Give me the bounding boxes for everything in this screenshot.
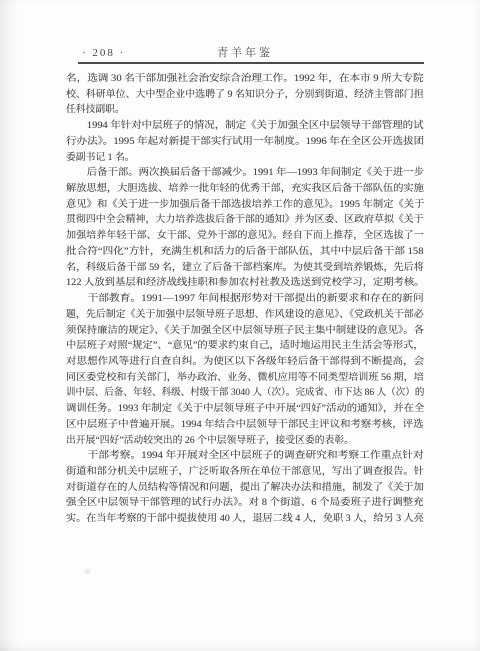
text-line: 同区委党校和有关部门，举办政治、业务、微机应用等不同类型培训班 56 期，培: [66, 370, 424, 386]
text-line: 强全区中层领导干部管理的试行办法》。对 8 个街道、6 个局委班子进行调整充: [66, 495, 424, 511]
text-line: 任科技副职。: [66, 102, 125, 118]
text-line: 出开展“四好”活动较突出的 26 个中层领导班子，接受区委的表彰。: [66, 433, 354, 449]
text-line: 干部教育。1991—1997 年间根据形势对干部提出的新要求和存在的新问: [66, 291, 424, 307]
text-line: 区中层班子中普遍开展。1994 年结合中层领导干部民主评议和考察考核，评选: [66, 417, 424, 433]
header-rule: [78, 62, 424, 64]
text-line: 委副书记 1 名。: [66, 150, 135, 166]
text-line: 解放思想，大胆选拔、培养一批年轻的优秀干部，充实我区后备干部队伍的实施: [66, 181, 424, 197]
text-line: 干部考察。1994 年开展对全区中层班子的调查研究和考察工作重点针对: [66, 448, 424, 464]
text-line: 名，科级后备干部 59 名，建立了后备干部档案库。为使其受到培养锻炼，先后将: [66, 260, 424, 276]
text-line: 题，先后制定《关于加强中层领导班子思想、作风建设的意见》、《党政机关干部必: [66, 307, 424, 323]
text-line: 训中层、后备、年轻、科级、村级干部 3040 人（次）。完成省、市下达 86 人…: [66, 385, 424, 401]
text-line: 校、科研单位、大中型企业中选聘了 9 名知识分子，分别到街道、经济主管部门担: [66, 87, 424, 103]
text-line: 意见》和《关于进一步加强后备干部选拔培养工作的意见》。1995 年制定《关于: [66, 197, 424, 213]
body-text: 名，选调 30 名干部加强社会治安综合治理工作。1992 年，在本市 9 所大专…: [66, 71, 424, 527]
text-line: 名，选调 30 名干部加强社会治安综合治理工作。1992 年，在本市 9 所大专…: [66, 71, 424, 87]
text-line: 街道和部分机关中层班子，广泛听取各所在单位干部意见，写出了调查报告。针: [66, 464, 424, 480]
page-number: · 208 ·: [82, 47, 125, 60]
text-line: 贯彻四中全会精神，大力培养选拔后备干部的通知》并为区委、区政府草拟《关于: [66, 212, 424, 228]
text-line: 加强培养年轻干部、女干部、党外干部的意见》。经自下而上推荐，全区选拔了一: [66, 228, 424, 244]
text-line: 须保持廉洁的规定》、《关于加强全区中层领导班子民主集中制建设的意见》。各: [66, 323, 424, 339]
text-line: 中层班子对照“规定”、“意见”的要求约束自己，适时地运用民主生活会等形式，: [66, 338, 424, 354]
text-line: 对街道存在的人员结构等情况和问题，提出了解决办法和措施，制发了《关于加: [66, 480, 424, 496]
text-line: 实。在当年考察的干部中提拔使用 40 人，退居二线 4 人，免职 3 人，给另 …: [66, 511, 424, 527]
text-line: 调训任务。1993 年制定《关于中层领导班子中开展“四好”活动的通知》，并在全: [66, 401, 424, 417]
text-line: 后备干部。两次换届后备干部减少。1991 年—1993 年间制定《关于进一步: [66, 165, 424, 181]
text-line: 对思想作风等进行自查自纠。为使区以下各级年轻后备干部得到不断提高，会: [66, 354, 424, 370]
text-line: 1994 年针对中层班子的情况，制定《关于加强全区中层领导干部管理的试: [66, 118, 424, 134]
text-line: 122 人放到基层和经济战线挂职和参加农村社教及选送到党校学习，定期考核。: [66, 275, 424, 291]
scan-smudge: [84, 569, 91, 574]
text-line: 行办法》。1995 年起对新提干部实行试用一年制度。1996 年在全区公开选拔团: [66, 134, 424, 150]
text-line: 批合符“四化”方针，充满生机和活力的后备干部队伍，其中中层后备干部 158: [66, 244, 424, 260]
scan-background: · 208 · 青羊年鉴 名，选调 30 名干部加强社会治安综合治理工作。199…: [0, 0, 480, 651]
page-header: · 208 · 青羊年鉴: [66, 47, 424, 61]
